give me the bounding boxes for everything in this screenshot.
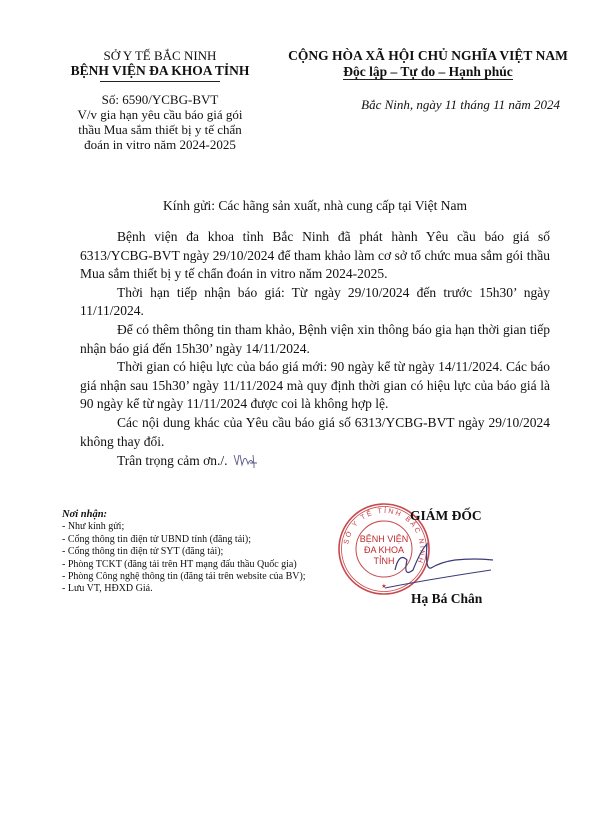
subject-line: V/v gia hạn yêu cầu báo giá gói [62,107,258,122]
body-paragraph: Để có thêm thông tin tham khảo, Bệnh việ… [80,321,550,358]
organization-name: BỆNH VIỆN ĐA KHOA TỈNH [62,63,258,79]
subject-line: thầu Mua sắm thiết bị y tế chẩn [62,122,258,137]
cc-list: Nơi nhận: - Như kính gửi; - Cổng thông t… [62,509,352,596]
document-number: Số: 6590/YCBG-BVT [62,92,258,107]
subject-line: đoán in vitro năm 2024-2025 [62,137,258,152]
body-paragraph: Các nội dung khác của Yêu cầu báo giá số… [80,414,550,451]
national-motto: Độc lập – Tự do – Hạnh phúc [278,64,578,80]
cc-item: - Lưu VT, HĐXD Giá. [62,583,352,595]
cc-item: - Cổng thông tin điện tử UBND tỉnh (đăng… [62,534,352,546]
body-paragraph: Bệnh viện đa khoa tỉnh Bắc Ninh đã phát … [80,228,550,284]
closing-line: Trân trọng cảm ơn./. [80,451,550,471]
issuer-header: SỞ Y TẾ BẮC NINH BỆNH VIỆN ĐA KHOA TỈNH … [62,48,258,152]
cc-item: - Phòng Công nghệ thông tin (đăng tải tr… [62,571,352,583]
body-paragraph: Thời hạn tiếp nhận báo giá: Từ ngày 29/1… [80,284,550,321]
body-paragraph: Thời gian có hiệu lực của báo giá mới: 9… [80,358,550,414]
director-signature-icon [385,530,495,590]
nation-name: CỘNG HÒA XÃ HỘI CHỦ NGHĨA VIỆT NAM [278,48,578,64]
header-underline [100,81,220,82]
department-name: SỞ Y TẾ BẮC NINH [62,48,258,63]
closing-text: Trân trọng cảm ơn./. [117,453,228,468]
recipient-line: Kính gửi: Các hãng sản xuất, nhà cung cấ… [80,198,550,214]
cc-item: - Như kính gửi; [62,521,352,533]
initials-signature-icon [232,451,258,469]
cc-title: Nơi nhận: [62,509,352,521]
motto-text: Độc lập – Tự do – Hạnh phúc [343,64,513,80]
national-header: CỘNG HÒA XÃ HỘI CHỦ NGHĨA VIỆT NAM Độc l… [278,48,578,80]
place-date: Bắc Ninh, ngày 11 tháng 11 năm 2024 [330,97,560,113]
signer-title: GIÁM ĐỐC [410,508,482,524]
signer-name: Hạ Bá Chân [411,591,482,607]
cc-item: - Cổng thông tin điện tử SYT (đăng tải); [62,546,352,558]
letter-body: Bệnh viện đa khoa tỉnh Bắc Ninh đã phát … [80,228,550,471]
cc-item: - Phòng TCKT (đăng tải trên HT mạng đấu … [62,559,352,571]
